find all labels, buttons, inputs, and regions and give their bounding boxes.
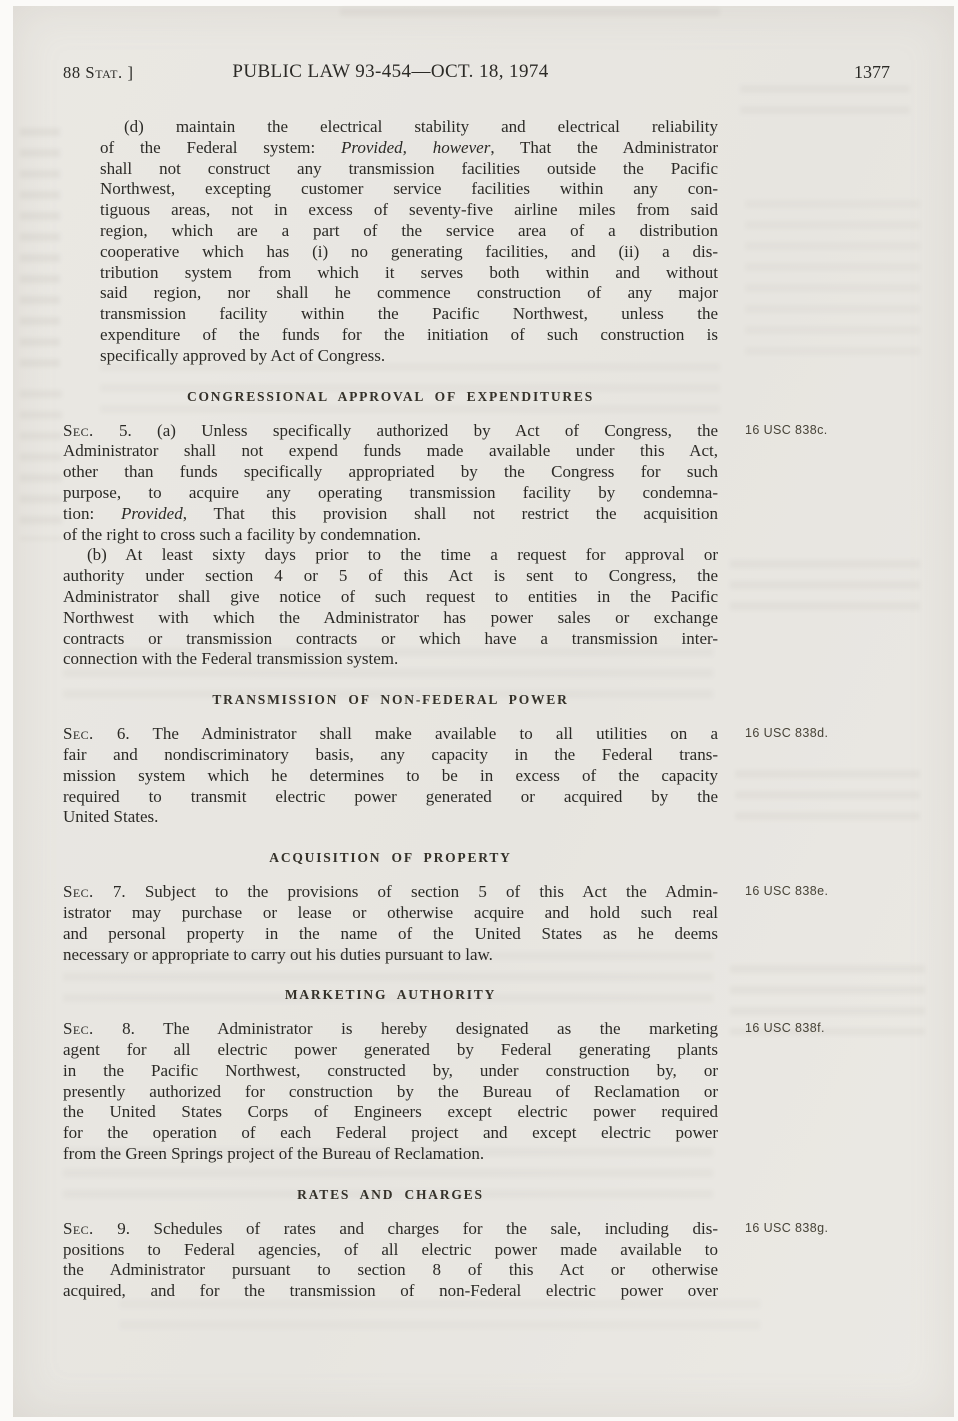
- text-line: of the Federal system: Provided, however…: [100, 138, 718, 159]
- smallcaps-text: Sec.: [63, 1219, 94, 1238]
- text-line: tion: Provided, That this provision shal…: [63, 504, 718, 525]
- smallcaps-text: Sec.: [63, 724, 94, 743]
- text-line: in the Pacific Northwest, constructed by…: [63, 1061, 718, 1082]
- text-line: shall not construct any transmission fac…: [100, 159, 718, 180]
- text-segment: 9. Schedules of rates and charges for th…: [94, 1219, 718, 1238]
- header-page-number: 1377: [818, 62, 890, 83]
- uscode-margin-note: 16 USC 838f.: [745, 1021, 915, 1035]
- section-heading: MARKETING AUTHORITY: [63, 987, 718, 1003]
- section-heading: TRANSMISSION OF NON-FEDERAL POWER: [63, 692, 718, 708]
- bleedthrough-smudge: [745, 200, 920, 360]
- text-line: tribution system from which it serves bo…: [100, 263, 718, 284]
- bleedthrough-smudge: [730, 560, 920, 620]
- text-line: connection with the Federal transmission…: [63, 649, 718, 670]
- text-line: region, which are a part of the service …: [100, 221, 718, 242]
- text-line: fair and nondiscriminatory basis, any ca…: [63, 745, 718, 766]
- text-line: Sec. 5. (a) Unless specifically authoriz…: [63, 421, 718, 442]
- text-line: Sec. 9. Schedules of rates and charges f…: [63, 1219, 718, 1240]
- text-line: authority under section 4 or 5 of this A…: [63, 566, 718, 587]
- bleedthrough-smudge: [120, 1300, 760, 1340]
- text-line: Northwest with which the Administrator h…: [63, 608, 718, 629]
- section-8-paragraph: 16 USC 838f.Sec. 8. The Administrator is…: [63, 1019, 718, 1165]
- text-line: acquired, and for the transmission of no…: [63, 1281, 718, 1302]
- subsection-d-paragraph: (d) maintain the electrical stability an…: [100, 117, 718, 367]
- text-line: said region, nor shall he commence const…: [100, 283, 718, 304]
- text-line: Administrator shall give notice of such …: [63, 587, 718, 608]
- text-segment: , That the Administrator: [490, 138, 718, 157]
- text-line: Northwest, excepting customer service fa…: [100, 179, 718, 200]
- text-line: istrator may purchase or lease or otherw…: [63, 903, 718, 924]
- text-column: (d) maintain the electrical stability an…: [63, 117, 718, 1302]
- text-line: agent for all electric power generated b…: [63, 1040, 718, 1061]
- italic-text: Provided, however: [341, 138, 490, 157]
- text-line: (b) At least sixty days prior to the tim…: [63, 545, 718, 566]
- smallcaps-text: Sec.: [63, 1019, 94, 1038]
- smallcaps-text: Sec.: [63, 421, 94, 440]
- text-line: Sec. 7. Subject to the provisions of sec…: [63, 882, 718, 903]
- uscode-margin-note: 16 USC 838d.: [745, 726, 915, 740]
- text-line: (d) maintain the electrical stability an…: [100, 117, 718, 138]
- text-line: specifically approved by Act of Congress…: [100, 346, 718, 367]
- italic-text: Provided: [121, 504, 183, 523]
- smallcaps-text: Sec.: [63, 882, 94, 901]
- section-heading: RATES AND CHARGES: [63, 1187, 718, 1203]
- text-line: the United States Corps of Engineers exc…: [63, 1102, 718, 1123]
- text-line: and personal property in the name of the…: [63, 924, 718, 945]
- text-line: presently authorized for construction by…: [63, 1082, 718, 1103]
- text-line: for the operation of each Federal projec…: [63, 1123, 718, 1144]
- text-line: expenditure of the funds for the initiat…: [100, 325, 718, 346]
- bleedthrough-smudge: [735, 770, 920, 825]
- text-line: contracts or transmission contracts or w…: [63, 629, 718, 650]
- text-line: United States.: [63, 807, 718, 828]
- bleedthrough-smudge: [20, 128, 60, 378]
- section-5a-paragraph: 16 USC 838c.Sec. 5. (a) Unless specifica…: [63, 421, 718, 546]
- bleedthrough-smudge: [20, 390, 62, 540]
- text-segment: 8. The Administrator is hereby designate…: [94, 1019, 718, 1038]
- section-heading: CONGRESSIONAL APPROVAL OF EXPENDITURES: [63, 389, 718, 405]
- text-line: required to transmit electric power gene…: [63, 787, 718, 808]
- text-line: purpose, to acquire any operating transm…: [63, 483, 718, 504]
- text-line: Sec. 6. The Administrator shall make ava…: [63, 724, 718, 745]
- text-segment: 7. Subject to the provisions of section …: [94, 882, 718, 901]
- header-title: PUBLIC LAW 93-454—OCT. 18, 1974: [63, 61, 718, 83]
- text-line: Administrator shall not expend funds mad…: [63, 441, 718, 462]
- text-line: transmission facility within the Pacific…: [100, 304, 718, 325]
- bleedthrough-smudge: [740, 85, 910, 125]
- section-7-paragraph: 16 USC 838e.Sec. 7. Subject to the provi…: [63, 882, 718, 965]
- section-5b-paragraph: (b) At least sixty days prior to the tim…: [63, 545, 718, 670]
- text-line: cooperative which has (i) no generating …: [100, 242, 718, 263]
- text-line: from the Green Springs project of the Bu…: [63, 1144, 718, 1165]
- text-line: the Administrator pursuant to section 8 …: [63, 1260, 718, 1281]
- text-line: mission system which he determines to be…: [63, 766, 718, 787]
- text-segment: 5. (a) Unless specifically authorized by…: [94, 421, 718, 440]
- section-heading: ACQUISITION OF PROPERTY: [63, 850, 718, 866]
- uscode-margin-note: 16 USC 838e.: [745, 884, 915, 898]
- text-segment: , That this provision shall not restrict…: [183, 504, 718, 523]
- uscode-margin-note: 16 USC 838g.: [745, 1221, 915, 1235]
- text-line: other than funds specifically appropriat…: [63, 462, 718, 483]
- text-segment: 6. The Administrator shall make availabl…: [94, 724, 718, 743]
- text-line: necessary or appropriate to carry out hi…: [63, 945, 718, 966]
- text-line: Sec. 8. The Administrator is hereby desi…: [63, 1019, 718, 1040]
- text-line: of the right to cross such a facility by…: [63, 525, 718, 546]
- text-line: tiguous areas, not in excess of seventy-…: [100, 200, 718, 221]
- bleedthrough-smudge: [340, 8, 720, 22]
- text-segment: of the Federal system:: [100, 138, 341, 157]
- section-9-paragraph: 16 USC 838g.Sec. 9. Schedules of rates a…: [63, 1219, 718, 1302]
- section-6-paragraph: 16 USC 838d.Sec. 6. The Administrator sh…: [63, 724, 718, 828]
- text-segment: tion:: [63, 504, 121, 523]
- uscode-margin-note: 16 USC 838c.: [745, 423, 915, 437]
- text-line: positions to Federal agencies, of all el…: [63, 1240, 718, 1261]
